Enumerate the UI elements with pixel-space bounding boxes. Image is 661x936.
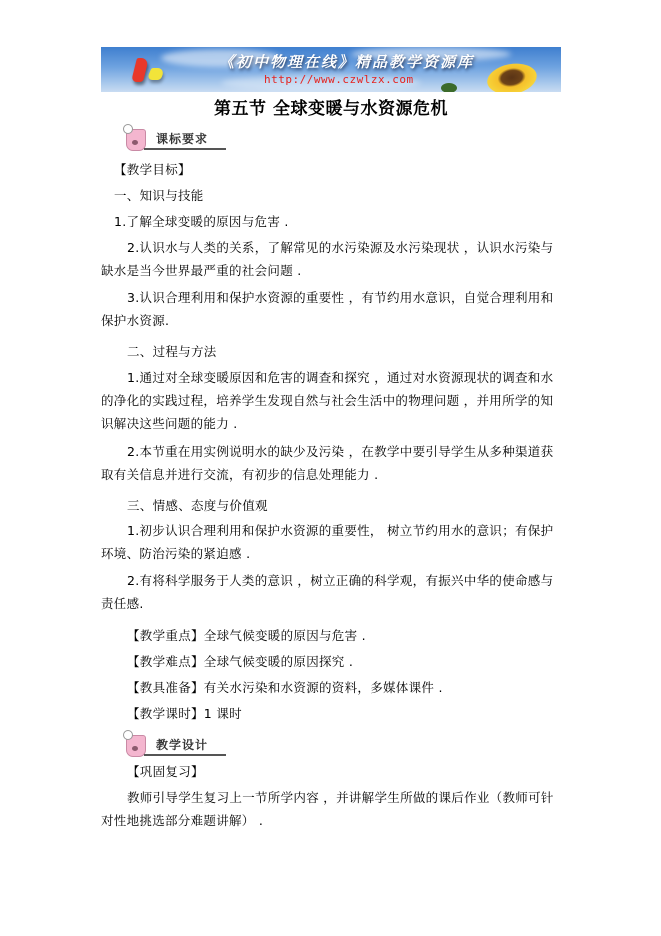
teacup-icon: [126, 129, 146, 151]
paragraph: 1.了解全球变暖的原因与危害 .: [114, 210, 573, 233]
teaching-hours: 【教学课时】1 课时: [127, 702, 586, 725]
subheading-knowledge-skills: 一、知识与技能: [114, 184, 573, 207]
paragraph: 3.认识合理利用和保护水资源的重要性 ，有节约用水意识，自觉合理利用和保护水资源…: [101, 286, 560, 332]
heading-review: 【巩固复习】: [127, 760, 586, 783]
paragraph: 2.有将科学服务于人类的意识 ，树立正确的科学观，有振兴中华的使命感与责任感.: [101, 569, 560, 615]
teaching-key-point: 【教学重点】全球气候变暖的原因与危害 .: [127, 624, 586, 647]
badge-underline: [144, 754, 226, 756]
section-badge-label: 教学设计: [156, 736, 208, 753]
teaching-materials: 【教具准备】有关水污染和水资源的资料，多媒体课件 .: [127, 676, 586, 699]
leaf-icon: [441, 83, 457, 92]
teaching-difficulty: 【教学难点】全球气候变暖的原因探究 .: [127, 650, 586, 673]
paragraph: 1.通过对全球变暖原因和危害的调查和探究 ，通过对水资源现状的调查和水的净化的实…: [101, 366, 560, 435]
logo-icon: [131, 58, 149, 82]
sunflower-icon: [485, 60, 539, 92]
page-title: 第五节 全球变暖与水资源危机: [101, 94, 561, 119]
header-banner: 《初中物理在线》精品教学资源库 http://www.czwlzx.com: [101, 47, 561, 92]
subheading-process-methods: 二、过程与方法: [127, 340, 586, 363]
banner-url[interactable]: http://www.czwlzx.com: [264, 73, 414, 86]
teacup-icon: [126, 735, 146, 757]
logo-icon-accent: [147, 68, 166, 80]
banner-title: 《初中物理在线》精品教学资源库: [219, 51, 474, 72]
section-badge-curriculum: 课标要求: [122, 123, 228, 153]
paragraph: 2.本节重在用实例说明水的缺少及污染 ，在教学中要引导学生从多种渠道获取有关信息…: [101, 440, 560, 486]
badge-underline: [144, 148, 226, 150]
heading-teaching-goals: 【教学目标】: [114, 158, 573, 181]
subheading-emotion-attitude-values: 三、情感、态度与价值观: [127, 494, 586, 517]
section-badge-label: 课标要求: [156, 130, 208, 147]
paragraph: 教师引导学生复习上一节所学内容 ，并讲解学生所做的课后作业（教师可针对性地挑选部…: [101, 786, 560, 832]
paragraph: 2.认识水与人类的关系，了解常见的水污染源及水污染现状 ，认识水污染与缺水是当今…: [101, 236, 560, 282]
paragraph: 1.初步认识合理利用和保护水资源的重要性， 树立节约用水的意识；有保护环境、防治…: [101, 519, 560, 565]
section-badge-teaching-design: 教学设计: [122, 729, 228, 759]
